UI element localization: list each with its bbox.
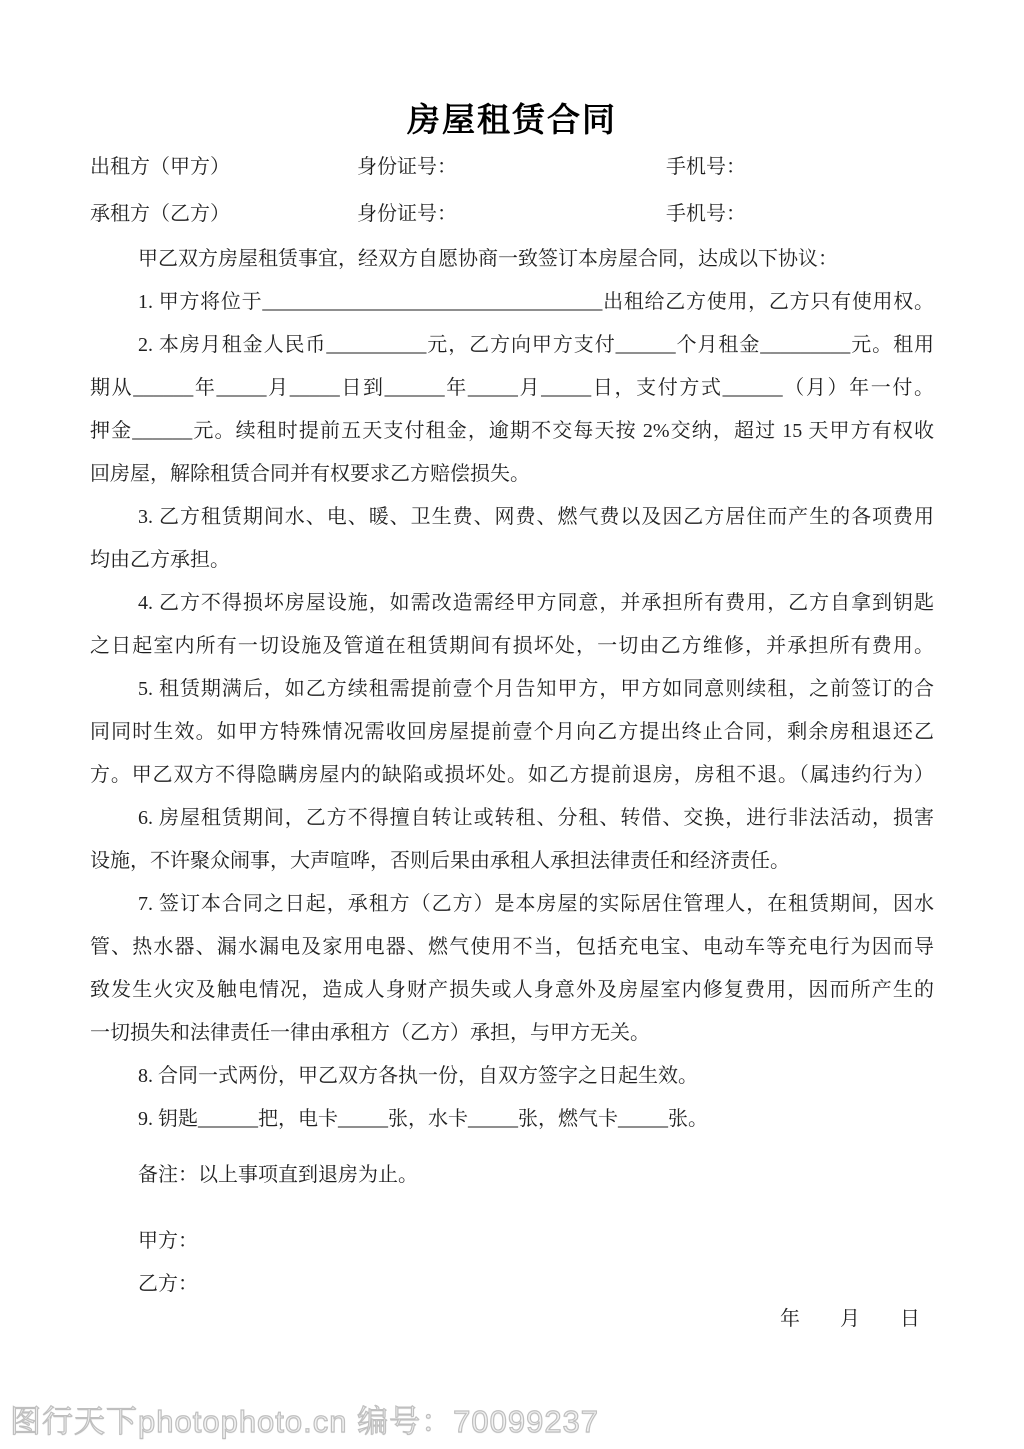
lessee-label: 承租方（乙方） xyxy=(90,201,230,228)
clause-1-line: 1. 甲方将位于________________________________… xyxy=(90,281,934,324)
date-day-label: 日 xyxy=(900,1308,920,1330)
lessor-label: 出租方（甲方） xyxy=(90,154,230,181)
clause-2-line-2: 期从______年_____月_____日到______年_____月_____… xyxy=(90,367,934,410)
clause-6-line-2: 设施，不许聚众闹事，大声喧哗，否则后果由承租人承担法律责任和经济责任。 xyxy=(90,840,934,883)
clause-2-line-1: 2. 本房月租金人民币__________元，乙方向甲方支付______个月租金… xyxy=(90,324,934,367)
clause-2-line-4: 回房屋，解除租赁合同并有权要求乙方赔偿损失。 xyxy=(90,453,934,496)
document-title: 房屋租赁合同 xyxy=(0,94,1024,141)
date-year-label: 年 xyxy=(780,1308,800,1330)
party-a-signature-line: 甲方： xyxy=(90,1228,934,1255)
clause-3-line-2: 均由乙方承担。 xyxy=(90,539,934,582)
lessee-phone-label: 手机号： xyxy=(666,201,746,228)
watermark: 图行天下photophoto.cn 编号：70099237 xyxy=(10,1396,599,1441)
lessee-row: 承租方（乙方） 身份证号： 手机号： xyxy=(90,201,934,228)
clause-5-line-2: 同同时生效。如甲方特殊情况需收回房屋提前壹个月向乙方提出终止合同，剩余房租退还乙 xyxy=(90,711,934,754)
party-b-signature-line: 乙方： xyxy=(90,1271,934,1298)
clause-6-line-1: 6. 房屋租赁期间，乙方不得擅自转让或转租、分租、转借、交换，进行非法活动，损害 xyxy=(90,797,934,840)
lessor-row: 出租方（甲方） 身份证号： 手机号： xyxy=(90,154,934,181)
clause-4-line-1: 4. 乙方不得损坏房屋设施，如需改造需经甲方同意，并承担所有费用，乙方自拿到钥匙 xyxy=(90,582,934,625)
clause-4-line-2: 之日起室内所有一切设施及管道在租赁期间有损坏处，一切由乙方维修，并承担所有费用。 xyxy=(90,625,934,668)
lessee-id-label: 身份证号： xyxy=(357,201,457,228)
clause-2-line-3: 押金______元。续租时提前五天支付租金，逾期不交每天按 2%交纳，超过 15… xyxy=(90,410,934,453)
clause-7-line-2: 管、热水器、漏水漏电及家用电器、燃气使用不当，包括充电宝、电动车等充电行为因而导 xyxy=(90,926,934,969)
remark-line: 备注：以上事项直到退房为止。 xyxy=(90,1162,934,1189)
clause-7-line-4: 一切损失和法律责任一律由承租方（乙方）承担，与甲方无关。 xyxy=(90,1012,934,1055)
date-month-label: 月 xyxy=(840,1308,860,1330)
clauses-block: 甲乙双方房屋租赁事宜，经双方自愿协商一致签订本房屋合同，达成以下协议： 1. 甲… xyxy=(90,238,934,1141)
clause-7-line-3: 致发生火灾及触电情况，造成人身财产损失或人身意外及房屋室内修复费用，因而所产生的 xyxy=(90,969,934,1012)
clause-9-line: 9. 钥匙______把，电卡_____张，水卡_____张，燃气卡_____张… xyxy=(90,1098,934,1141)
intro-line: 甲乙双方房屋租赁事宜，经双方自愿协商一致签订本房屋合同，达成以下协议： xyxy=(90,238,934,281)
clause-3-line-1: 3. 乙方租赁期间水、电、暖、卫生费、网费、燃气费以及因乙方居住而产生的各项费用 xyxy=(90,496,934,539)
date-signature-line: 年 月 日 xyxy=(90,1306,934,1333)
lessor-id-label: 身份证号： xyxy=(357,154,457,181)
clause-7-line-1: 7. 签订本合同之日起，承租方（乙方）是本房屋的实际居住管理人，在租赁期间，因水 xyxy=(90,883,934,926)
clause-5-line-1: 5. 租赁期满后，如乙方续租需提前壹个月告知甲方，甲方如同意则续租，之前签订的合 xyxy=(90,668,934,711)
lessor-phone-label: 手机号： xyxy=(666,154,746,181)
contract-document-page: 房屋租赁合同 出租方（甲方） 身份证号： 手机号： 承租方（乙方） 身份证号： … xyxy=(0,0,1024,1449)
clause-5-line-3: 方。甲乙双方不得隐瞒房屋内的缺陷或损坏处。如乙方提前退房，房租不退。（属违约行为… xyxy=(90,754,934,797)
clause-8-line: 8. 合同一式两份，甲乙双方各执一份，自双方签字之日起生效。 xyxy=(90,1055,934,1098)
